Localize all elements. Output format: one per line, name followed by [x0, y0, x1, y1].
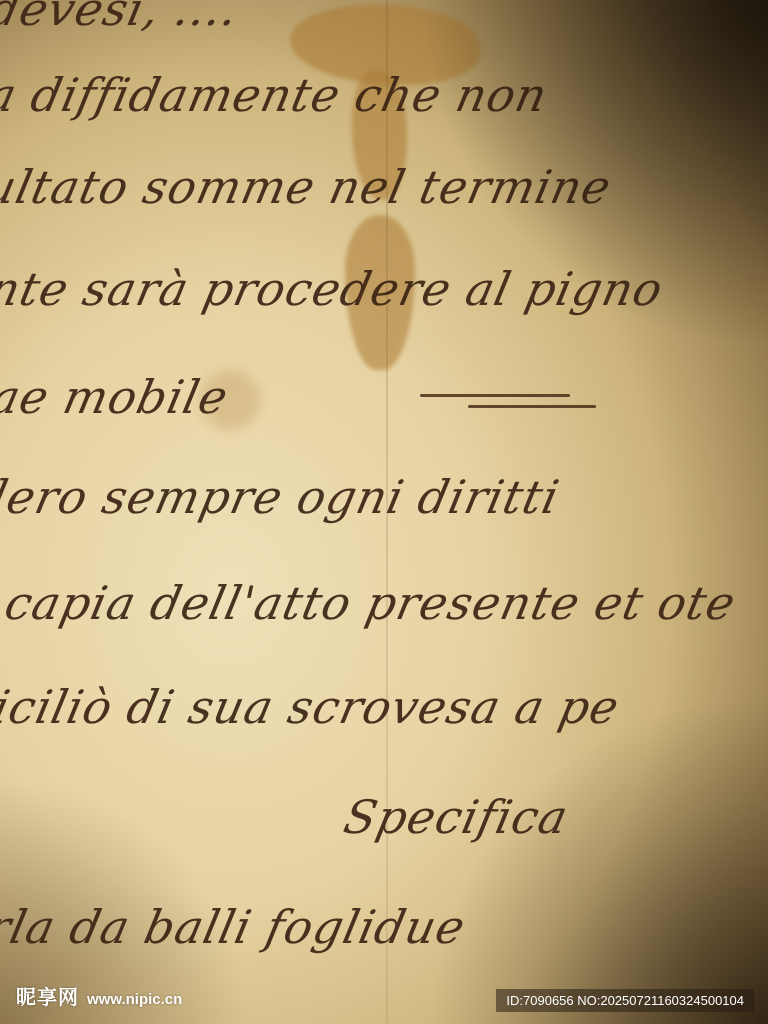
watermark-logo: 昵享网 www.nipic.cn — [16, 981, 182, 1010]
manuscript-photo: devesi, .... a diffidamente che non ulta… — [0, 0, 768, 1024]
handwriting-line: ultato somme nel termine — [0, 160, 616, 214]
handwriting-line: capia dell'atto presente et ote — [0, 576, 741, 630]
underline-stroke — [420, 394, 570, 397]
handwriting-line: a diffidamente che non — [0, 68, 553, 122]
handwriting-block: devesi, .... a diffidamente che non ulta… — [0, 0, 768, 1024]
handwriting-line: nte sarà procedere al pigno — [0, 262, 668, 316]
handwriting-line: iciliò di sua scrovesa a pe — [0, 680, 624, 734]
underline-stroke — [468, 405, 596, 408]
watermark-id-badge: ID:7090656 NO:20250721160324500104 — [496, 989, 754, 1012]
watermark-logo-text: 昵享网 — [16, 981, 79, 1010]
watermark-url: www.nipic.cn — [87, 991, 182, 1008]
handwriting-line: Specifica — [339, 790, 573, 844]
handwriting-line: ae mobile — [0, 370, 233, 424]
handwriting-line: rla da balli foglidue — [0, 900, 471, 954]
handwriting-line: lero sempre ogni diritti — [0, 470, 564, 524]
handwriting-line: devesi, .... — [0, 0, 244, 36]
